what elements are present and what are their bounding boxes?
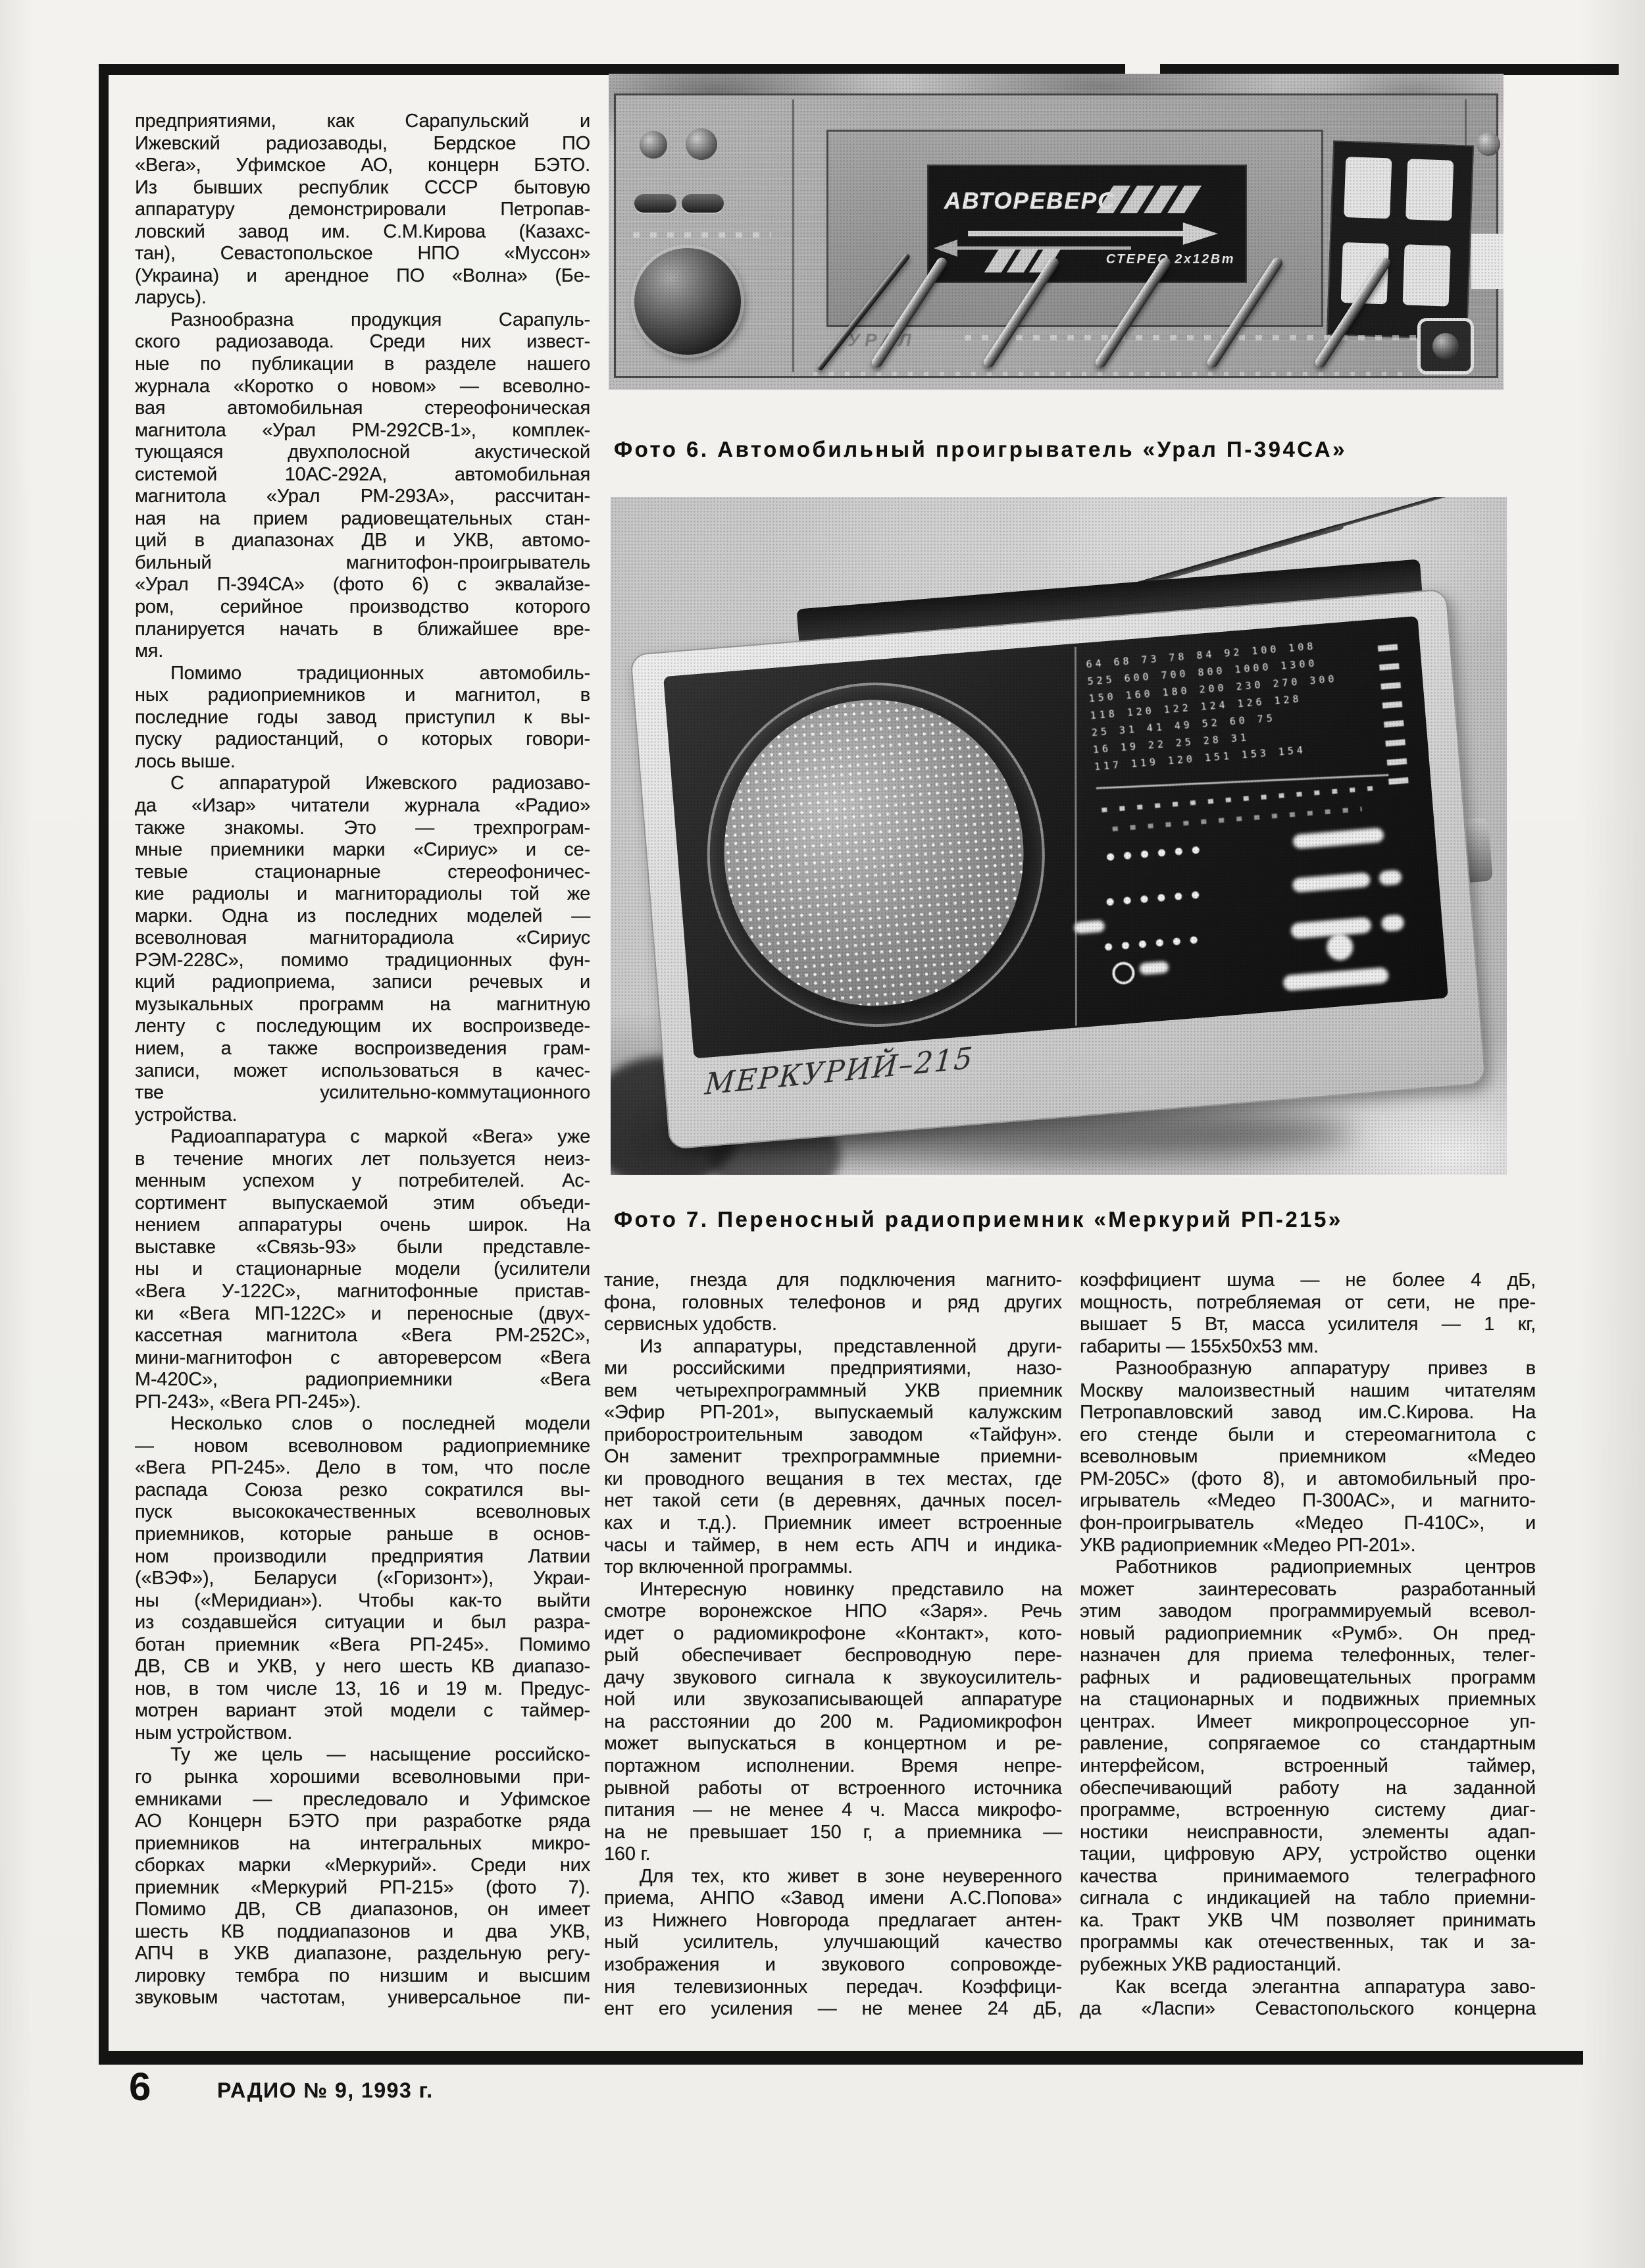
text-line: звуковым частотам, универсальное пи-	[135, 1987, 590, 2009]
text-line: магнитола «Урал РМ-293А», рассчитан-	[135, 486, 590, 508]
text-line: да «Ласпи» Севастопольского концерна	[1080, 1998, 1536, 2021]
text-line: Разнообразную аппаратуру привез в	[1080, 1358, 1536, 1380]
text-line: фон-проигрыватель «Медео П-410С», и	[1080, 1512, 1536, 1535]
text-line: ларусь).	[135, 287, 590, 309]
text-line: Петропавловский завод им.С.Кирова. На	[1080, 1402, 1536, 1424]
control-label	[1282, 967, 1388, 991]
text-line: ботан приемник «Вега РП-245». Помимо	[135, 1634, 590, 1657]
text-line: лировку тембра по низшим и высшим	[135, 1965, 590, 1988]
text-line: ным устройством.	[135, 1722, 590, 1745]
control-label	[1292, 827, 1384, 849]
text-line: часы и таймер, в нем есть АПЧ и индика-	[604, 1535, 1062, 1557]
text-line: ной или звукозаписывающей аппаратуре	[604, 1689, 1062, 1711]
autoreverse-text: АВТОРЕВЕРС	[944, 188, 1115, 215]
article-column-right: коэффициент шума — не более 4 дБ,мощност…	[1080, 1270, 1536, 2021]
text-line: фона, головных телефонов и ряд других	[604, 1292, 1062, 1314]
text-line: системой 10АС-292А, автомобильная	[135, 464, 590, 486]
eject-button-icon	[1417, 318, 1474, 374]
text-line: новый радиоприемник «Румб». Он пред-	[1080, 1623, 1536, 1645]
text-line: мотрен вариант этой модели с таймер-	[135, 1700, 590, 1722]
text-line: из создавшейся ситуации и был разра-	[135, 1612, 590, 1634]
text-line: вем четырехпрограммный УКВ приемник	[604, 1380, 1062, 1403]
power-indicator	[1111, 961, 1136, 985]
text-line: АПЧ в УКВ диапазоне, раздельную регу-	[135, 1943, 590, 1965]
button-dot-row	[1106, 889, 1209, 905]
autoreverse-label: АВТОРЕВЕРС СТЕРЕО 2х12Вт	[928, 166, 1246, 282]
text-line: ная на прием радиовещательных стан-	[135, 508, 590, 530]
text-line: рывной работы от встроенного источника	[604, 1778, 1062, 1800]
text-line: коэффициент шума — не более 4 дБ,	[1080, 1270, 1536, 1292]
photo-ural-player: АВТОРЕВЕРС СТЕРЕО 2х12Вт	[609, 74, 1504, 390]
text-line: сигнала с индикацией на табло приемни-	[1080, 1888, 1536, 1910]
text-line: устройства.	[135, 1104, 590, 1127]
text-line: («ВЭФ»), Беларуси («Горизонт»), Украи-	[135, 1568, 590, 1590]
text-line: на стационарных и подвижных приемных	[1080, 1689, 1536, 1711]
text-line: нет такой сети (в деревнях, дачных посел…	[604, 1490, 1062, 1512]
text-line: последние годы завод приступил к вы-	[135, 707, 590, 729]
text-line: назначен для приема телефонных, телег-	[1080, 1645, 1536, 1667]
text-line: Интересную новинку представило на	[604, 1579, 1062, 1601]
text-line: кассетная магнитола «Вега РМ-252С»,	[135, 1325, 590, 1347]
text-line: может заинтересовать разработанный	[1080, 1579, 1536, 1601]
text-line: приема, АНПО «Завод имени А.С.Попова»	[604, 1888, 1062, 1910]
text-line: кие радиолы и магниторадиолы той же	[135, 883, 590, 906]
text-line: ные по публикации в разделе нашего	[135, 353, 590, 376]
text-line: ны («Меридиан»). Чтобы как-то выйти	[135, 1590, 590, 1612]
text-line: ния телевизионных передач. Коэффици-	[604, 1976, 1062, 1999]
arrow-right-icon	[968, 222, 1218, 245]
text-line: Помимо традиционных автомобиль-	[135, 663, 590, 685]
text-line: марки. Одна из последних моделей —	[135, 906, 590, 928]
text-line: ловский завод им. С.М.Кирова (Казахс-	[135, 221, 590, 244]
article-column-middle: тание, гнезда для подключения магнито-фо…	[604, 1270, 1062, 2021]
text-line: ный усилитель, улучшающий качество	[604, 1932, 1062, 1954]
tone-knob	[640, 131, 667, 159]
scale-ticks	[813, 372, 1405, 376]
text-line: ром, серийное производство которого	[135, 596, 590, 619]
text-line: питания — не менее 4 ч. Масса микрофо-	[604, 1799, 1062, 1822]
text-line: мные приемники марки «Сириус» и се-	[135, 839, 590, 862]
text-line: ных радиоприемников и магнитол, в	[135, 684, 590, 707]
panel-markings	[633, 232, 771, 238]
text-line: приемник «Меркурий РП-215» (фото 7).	[135, 1877, 590, 1899]
model-markings	[965, 335, 1425, 340]
text-line: рый обеспечивает беспроводную пере-	[604, 1645, 1062, 1667]
text-line: программе, встроенную систему диаг-	[1080, 1799, 1536, 1822]
antenna-tip	[1324, 497, 1507, 532]
text-line: распада Союза резко сократился вы-	[135, 1480, 590, 1502]
text-line: приемников, которые раньше в основ-	[135, 1524, 590, 1546]
text-line: приемников на интегральных микро-	[135, 1833, 590, 1855]
text-line: 160 г.	[604, 1843, 1062, 1866]
text-line: шесть КВ поддиапазонов и два УКВ,	[135, 1921, 590, 1944]
magazine-page: предприятиями, как Сарапульский иИжевски…	[0, 0, 1645, 2268]
text-line: также знакомы. Это — трехпрограм-	[135, 817, 590, 840]
text-line: Ижевский радиозаводы, Бердское ПО	[135, 133, 590, 155]
scale-frequency-rows: 64 68 73 78 84 92 100 108525 600 700 800…	[1086, 631, 1405, 775]
text-line: емниками — преследовало и Уфимское	[135, 1789, 590, 1811]
text-line: мя.	[135, 640, 590, 663]
text-line: его стенде были и стереомагнитола с	[1080, 1424, 1536, 1447]
text-line: ского радиозавода. Среди них извест-	[135, 331, 590, 353]
text-line: мини-магнитофон с автореверсом «Вега	[135, 1347, 590, 1370]
text-line: мощность, потребляемая от сети, не пре-	[1080, 1292, 1536, 1314]
text-line: рубежных УКВ радиостанций.	[1080, 1954, 1536, 1976]
text-line: менным успехом у потребителей. Ас-	[135, 1170, 590, 1193]
text-line: нов, в том числе 13, 16 и 19 м. Предус-	[135, 1678, 590, 1701]
text-line: тующаяся двухполосной акустической	[135, 442, 590, 464]
footer-rule	[99, 2051, 1583, 2065]
text-line: «Вега РП-245». Дело в том, что после	[135, 1457, 590, 1480]
text-line: магнитола «Урал РМ-292СВ-1», комплек-	[135, 420, 590, 442]
control-label	[1290, 917, 1372, 939]
text-line: музыкальных программ на магнитную	[135, 994, 590, 1016]
text-line: тве усилительно-коммутационного	[135, 1082, 590, 1104]
text-line: ка. Тракт УКВ ЧМ позволяет принимать	[1080, 1910, 1536, 1932]
text-line: «Урал П-394СА» (фото 6) с эквалайзе-	[135, 574, 590, 596]
text-line: приборостроительным заводом «Тайфун».	[604, 1424, 1062, 1447]
photo-mercury-radio: 64 68 73 78 84 92 100 108525 600 700 800…	[611, 497, 1507, 1175]
control-label	[1381, 914, 1405, 932]
scale-window	[1471, 234, 1504, 289]
text-line: ны и стационарные модели (усилители	[135, 1258, 590, 1281]
text-line: записи, может использоваться в качес-	[135, 1060, 590, 1083]
balance-knob	[686, 128, 717, 160]
text-line: идет о радиомикрофоне «Контакт», кото-	[604, 1623, 1062, 1645]
text-line: на расстоянии до 200 м. Радиомикрофон	[604, 1711, 1062, 1734]
text-line: Ту же цель — насыщение российско-	[135, 1744, 590, 1766]
text-line: го рынка хорошими всеволновыми при-	[135, 1766, 590, 1789]
text-line: может выпускаться в концертном и ре-	[604, 1733, 1062, 1755]
text-line: ностики неисправности, элементы адап-	[1080, 1822, 1536, 1844]
text-line: Москву малоизвестный нашим читателям	[1080, 1380, 1536, 1403]
text-line: тание, гнезда для подключения магнито-	[604, 1270, 1062, 1292]
text-line: сборках марки «Меркурий». Среди них	[135, 1855, 590, 1877]
text-line: выставке «Связь-93» были представле-	[135, 1237, 590, 1259]
text-line: ДВ, СВ и УКВ, у него шесть КВ диапазо-	[135, 1656, 590, 1678]
text-line: «Вега У-122С», магнитофонные пристав-	[135, 1281, 590, 1303]
text-line: планируется начать в ближайшее вре-	[135, 619, 590, 641]
text-line: УКВ радиоприемник «Медео РП-201».	[1080, 1535, 1536, 1557]
text-line: РМ-205С» (фото 8), и автомобильный про-	[1080, 1468, 1536, 1491]
text-line: программы как отечественных, так и за-	[1080, 1932, 1536, 1954]
text-line: Работников радиоприемных центров	[1080, 1557, 1536, 1579]
text-line: АО Концерн БЭТО при разработке ряда	[135, 1811, 590, 1833]
text-line: тации, цифровую АРУ, устройство оценки	[1080, 1843, 1536, 1866]
text-line: качества принимаемого телеграфного	[1080, 1866, 1536, 1888]
text-line: тор включенной программы.	[604, 1557, 1062, 1579]
radio-body-group: 64 68 73 78 84 92 100 108525 600 700 800…	[629, 575, 1488, 1172]
text-line: Из бывших республик СССР бытовую	[135, 177, 590, 199]
stereo-power-text: СТЕРЕО 2х12Вт	[1106, 252, 1235, 267]
text-line: Радиоаппаратура с маркой «Вега» уже	[135, 1126, 590, 1148]
text-line: Помимо ДВ, СВ диапазонов, он имеет	[135, 1899, 590, 1921]
text-line: в течение многих лет пользуется неиз-	[135, 1148, 590, 1171]
text-line: ленту с последующим их воспроизведе-	[135, 1016, 590, 1038]
text-line: журнала «Коротко о новом» — всеволно-	[135, 376, 590, 398]
text-line: нением аппаратуры очень широк. На	[135, 1214, 590, 1237]
text-line: да «Изар» читатели журнала «Радио»	[135, 795, 590, 817]
panel-divider	[792, 99, 794, 372]
control-label	[1139, 961, 1169, 975]
control-label	[1379, 869, 1402, 886]
text-line: смотре воронежское НПО «Заря». Речь	[604, 1601, 1062, 1623]
button-dot-row	[1107, 844, 1209, 860]
text-line: сортимент выпускаемой этим объеди-	[135, 1193, 590, 1215]
text-line: из Нижнего Новгорода предлагает антен-	[604, 1910, 1062, 1932]
page-number: 6	[129, 2064, 151, 2109]
cassette-hub	[1403, 244, 1451, 306]
text-line: вая автомобильная стереофоническая	[135, 398, 590, 420]
scale-ticks	[1113, 807, 1362, 831]
text-line: вышает 5 Вт, масса усилителя — 1 кг,	[1080, 1314, 1536, 1336]
text-line: аппаратуру демонстрировали Петропав-	[135, 199, 590, 221]
tuning-scale: 64 68 73 78 84 92 100 108525 600 700 800…	[1086, 631, 1424, 1014]
text-line: ки «Вега МП-122С» и переносные (двух-	[135, 1303, 590, 1326]
text-line: рафных и радиовещательных программ	[1080, 1667, 1536, 1689]
text-line: М-420С», радиоприемники «Вега	[135, 1369, 590, 1391]
text-line: ках и т.д.). Приемник имеет встроенные	[604, 1512, 1062, 1535]
cassette-hub	[1405, 159, 1454, 220]
text-line: на не превышает 150 г, а приемника —	[604, 1822, 1062, 1844]
text-line: портажном исполнении. Время непре-	[604, 1755, 1062, 1778]
text-line: игрыватель «Медео П-300АС», и магнито-	[1080, 1490, 1536, 1512]
text-line: ки проводного вещания в тех местах, где	[604, 1468, 1062, 1491]
cassette-hub	[1344, 157, 1392, 219]
text-line: «Эфир РП-201», выпускаемый калужским	[604, 1402, 1062, 1424]
column-frame-rule	[99, 64, 109, 2065]
text-line: габариты — 155х50х53 мм.	[1080, 1336, 1536, 1358]
text-line: РЭМ-228С», помимо традиционных фун-	[135, 950, 590, 972]
text-line: лось выше.	[135, 751, 590, 773]
text-line: центрах. Имеет микропроцессорное уп-	[1080, 1711, 1536, 1734]
text-line: интерфейсом, встроенный таймер,	[1080, 1755, 1536, 1778]
text-line: С аппаратурой Ижевского радиозаво-	[135, 773, 590, 795]
text-line: пуск высококачественных всеволновых	[135, 1501, 590, 1524]
button-dot-row	[1105, 934, 1207, 950]
article-column-left: предприятиями, как Сарапульский иИжевски…	[135, 111, 590, 2009]
text-line: нием, а также воспроизведения грам-	[135, 1038, 590, 1060]
control-label	[1292, 872, 1371, 892]
fader-knob	[1477, 132, 1500, 156]
text-line: этим заводом программируемый всевол-	[1080, 1601, 1536, 1623]
text-line: предприятиями, как Сарапульский и	[135, 111, 590, 133]
volume-knob	[634, 248, 741, 355]
text-line: Он заменит трехпрограммные приемни-	[604, 1446, 1062, 1468]
text-line: ми российскими предприятиями, назо-	[604, 1358, 1062, 1380]
text-line: всеволновым приемником «Медео	[1080, 1446, 1536, 1468]
text-line: дачу звукового сигнала к звукоусилитель-	[604, 1667, 1062, 1689]
scale-separator	[1096, 774, 1389, 789]
text-line: всеволновая магниторадиола «Сириус	[135, 927, 590, 950]
text-line: ций в диапазонах ДВ и УКВ, автомо-	[135, 530, 590, 552]
photo-caption-7: Фото 7. Переносный радиоприемник «Меркур…	[614, 1207, 1343, 1232]
text-line: Разнообразна продукция Сарапуль-	[135, 309, 590, 332]
control-knob	[1326, 933, 1354, 962]
text-line: бильный магнитофон-проигрыватель	[135, 552, 590, 575]
text-line: изображения и звукового сопровожде-	[604, 1954, 1062, 1976]
text-line: тан), Севастопольское НПО «Муссон»	[135, 243, 590, 265]
photo-caption-6: Фото 6. Автомобильный проигрыватель «Ура…	[614, 437, 1347, 462]
player-front-panel: АВТОРЕВЕРС СТЕРЕО 2х12Вт	[614, 93, 1498, 378]
text-line: равление, сопрягаемое со стандартным	[1080, 1733, 1536, 1755]
text-line: — новом всеволновом радиоприемнике	[135, 1435, 590, 1458]
text-line: ном производили предприятия Латвии	[135, 1546, 590, 1568]
text-line: Для тех, кто живет в зоне неуверенного	[604, 1866, 1062, 1888]
text-line: Из аппаратуры, представленной други-	[604, 1336, 1062, 1358]
preset-button	[634, 194, 676, 213]
text-line: кций радиоприема, записи речевых и	[135, 971, 590, 994]
issue-label: РАДИО № 9, 1993 г.	[217, 2078, 434, 2103]
text-line: обеспечивающий работу на заданной	[1080, 1778, 1536, 1800]
text-line: сервисных удобств.	[604, 1314, 1062, 1336]
text-line: Несколько слов о последней модели	[135, 1413, 590, 1435]
text-line: пуску радиостанций, о которых говори-	[135, 729, 590, 751]
text-line: (Украина) и арендное ПО «Волна» (Бе-	[135, 265, 590, 288]
preset-button	[682, 194, 724, 213]
text-line: ент его усиления — не менее 24 дБ,	[604, 1998, 1062, 2021]
text-line: Как всегда элегантна аппаратура заво-	[1080, 1976, 1536, 1999]
text-line: РП-243», «Вега РП-245»).	[135, 1391, 590, 1414]
text-line: «Вега», Уфимское АО, концерн БЭТО.	[135, 155, 590, 177]
text-line: тевые стационарные стереофоничес-	[135, 862, 590, 884]
